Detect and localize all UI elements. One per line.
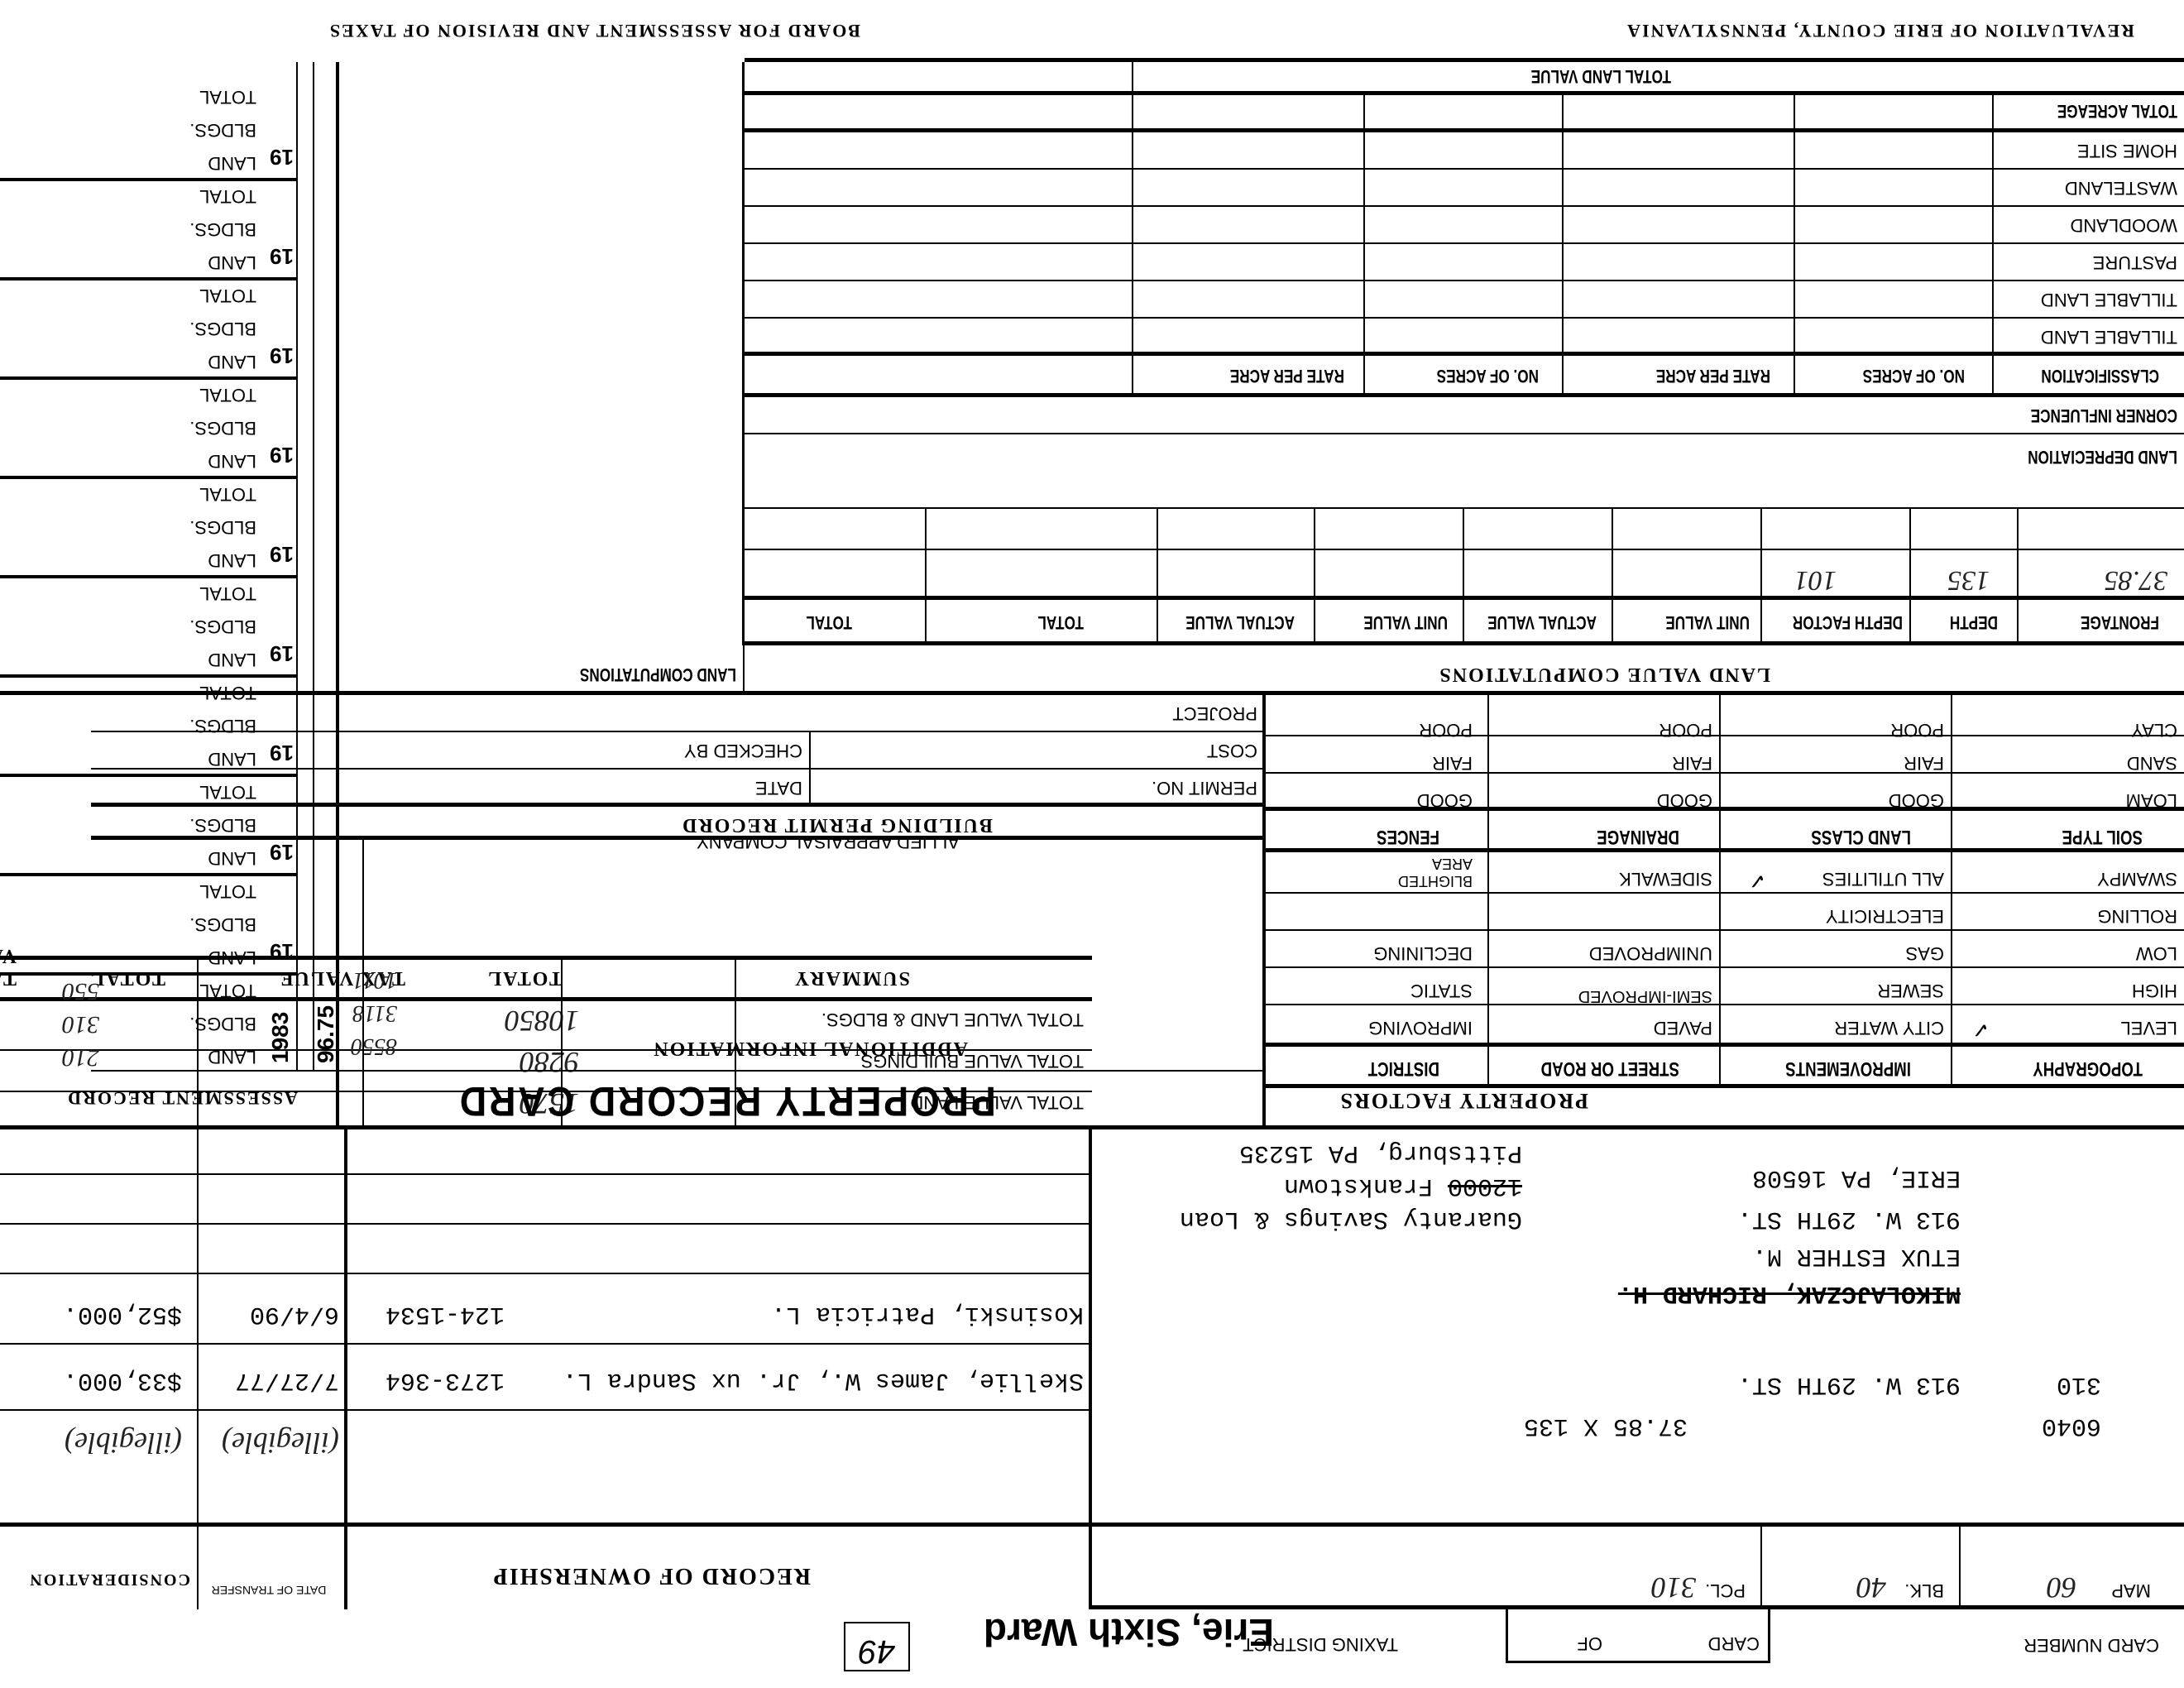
owner-name-struck: MIKOLAJCZAK, RICHARD H. bbox=[1618, 1279, 1961, 1307]
date-label: DATE bbox=[755, 777, 802, 798]
assessment-year-block: 19 LAND BLDGS. TOTAL bbox=[0, 476, 298, 575]
card-label: CARD bbox=[1708, 1633, 1760, 1654]
land-depreciation-label: LAND DEPRECIATION bbox=[2028, 446, 2177, 468]
property-address: 913 W. 29TH ST. bbox=[1737, 1370, 1961, 1398]
mortgagee-address-struck: 12000 bbox=[1448, 1172, 1522, 1200]
box-number: 49 bbox=[844, 1622, 910, 1671]
ownership-row: Skellie, James W., Jr. ux Sandra L. 1273… bbox=[8, 1345, 1084, 1403]
building-permit-title: BUILDING PERMIT RECORD bbox=[681, 813, 993, 836]
acreage-columns: CLASSIFICATION NO. OF ACRES RATE PER ACR… bbox=[745, 356, 2184, 393]
board-title: BOARD FOR ASSESSMENT AND REVISION OF TAX… bbox=[328, 20, 860, 41]
assessment-year-block: 19 LAND BLDGS. TOTAL bbox=[0, 376, 298, 476]
checked-by-label: CHECKED BY bbox=[684, 740, 802, 761]
assessment-year-block: 19 LAND BLDGS. TOTAL bbox=[0, 575, 298, 674]
pcl-label: PCL. bbox=[1705, 1580, 1746, 1601]
assessment-year-block: 19 LAND BLDGS. TOTAL bbox=[0, 674, 298, 774]
date-of-transfer-label: DATE OF TRANSFER bbox=[199, 1584, 339, 1597]
land-value-computations-header: LAND VALUE COMPUTATIONS LAND COMPUTATION… bbox=[339, 645, 2184, 695]
code-line-1: 6040 bbox=[2042, 1412, 2101, 1440]
property-factors-title: PROPERTY FACTORS bbox=[1339, 1088, 1588, 1113]
assessment-year-block: 19 LAND BLDGS. TOTAL bbox=[0, 873, 298, 972]
land-value-columns: FRONTAGE DEPTH DEPTH FACTOR UNIT VALUE A… bbox=[745, 600, 2184, 641]
acreage-row-label: HOME SITE bbox=[2077, 140, 2177, 161]
blk-value: 40 bbox=[1856, 1571, 1886, 1605]
land-computations-panel bbox=[339, 62, 745, 645]
ownership-title: RECORD OF OWNERSHIP bbox=[492, 1562, 811, 1589]
property-record-card-page: REVALUATION OF ERIE COUNTY, PENNSYLVANIA… bbox=[0, 0, 2184, 1688]
acreage-row-label: WOODLAND bbox=[2070, 214, 2177, 236]
mailing-address: 913 W. 29TH ST. bbox=[1737, 1205, 1961, 1233]
checkmark-icon: ✓ bbox=[1971, 1017, 1990, 1043]
ownership-row: Kosinski, Patricia L. 124-1534 6/4/90 $5… bbox=[8, 1278, 1084, 1336]
assessment-year-block: 19 LAND BLDGS. TOTAL bbox=[0, 79, 298, 178]
permit-no-label: PERMIT NO. bbox=[1152, 777, 1257, 798]
additional-info-title: ADDITIONAL INFORMATION bbox=[652, 1037, 968, 1059]
cost-label: COST bbox=[1207, 740, 1257, 761]
assessment-year-block: 96.75 1983 LAND BLDGS. TOTAL 210 310 550 bbox=[0, 972, 298, 1072]
blk-label: BLK. bbox=[1904, 1580, 1944, 1601]
mortgagee-city: Pittsburg, PA 15235 bbox=[1239, 1139, 1522, 1167]
acreage-row-label: PASTURE bbox=[2093, 252, 2177, 273]
assessment-year-block: 19 LAND BLDGS. TOTAL bbox=[0, 774, 298, 873]
code-line-2: 310 bbox=[2057, 1370, 2101, 1398]
mortgagee-name: Guaranty Savings & Loan bbox=[1180, 1205, 1522, 1233]
map-value: 60 bbox=[2047, 1571, 2076, 1605]
assessment-year-block: 19 LAND BLDGS. TOTAL bbox=[0, 178, 298, 277]
owner-etux: ETUX ESTHER M. bbox=[1752, 1242, 1961, 1270]
project-label: PROJECT bbox=[1172, 703, 1257, 724]
pcl-value: 310 bbox=[1651, 1571, 1696, 1605]
map-label: MAP bbox=[2111, 1580, 2151, 1601]
mailing-city: ERIE, PA 16508 bbox=[1752, 1163, 1961, 1192]
acreage-row-label: TILLABLE LAND bbox=[2041, 289, 2177, 310]
assessment-record-title: ASSESSMENT RECORD bbox=[66, 1087, 298, 1109]
of-label: OF bbox=[1577, 1633, 1602, 1654]
ownership-row: (illegible) (illegible) bbox=[8, 1411, 1084, 1469]
checkmark-icon: ✓ bbox=[1748, 868, 1766, 894]
county-title: REVALUATION OF ERIE COUNTY, PENNSYLVANIA bbox=[1626, 20, 2134, 41]
card-number-label: CARD NUMBER bbox=[2060, 1635, 2159, 1655]
land-value-row: 37.85 135 101 bbox=[745, 554, 2184, 596]
property-record-card-title: PROPERTY RECORD CARD bbox=[457, 1077, 996, 1125]
total-acreage-label: TOTAL ACREAGE bbox=[2057, 100, 2177, 122]
acreage-row-label: WASTELAND bbox=[2065, 177, 2177, 199]
total-land-value-label: TOTAL LAND VALUE bbox=[1531, 65, 1671, 87]
dimensions: 37.85 X 135 bbox=[1524, 1412, 1688, 1440]
assessment-year-block: 19 LAND BLDGS. TOTAL bbox=[0, 277, 298, 376]
taxing-district-value: Erie, Sixth Ward bbox=[984, 1610, 1274, 1655]
mortgagee-address: Frankstown bbox=[1284, 1172, 1433, 1200]
acreage-row-label: TILLABLE LAND bbox=[2041, 326, 2177, 348]
property-factors-grid: TOPOGRAPHY IMPROVEMENTS STREET OR ROAD D… bbox=[1266, 728, 2184, 1084]
card-of-box[interactable]: CARD OF bbox=[1506, 1605, 1770, 1663]
taxing-district-label: TAXING DISTRICT bbox=[1274, 1633, 1398, 1655]
consideration-label: CONSIDERATION bbox=[28, 1570, 190, 1589]
assessment-years-list: 96.75 1983 LAND BLDGS. TOTAL 210 310 550… bbox=[0, 62, 298, 1072]
corner-influence-label: CORNER INFLUENCE bbox=[2031, 405, 2177, 426]
